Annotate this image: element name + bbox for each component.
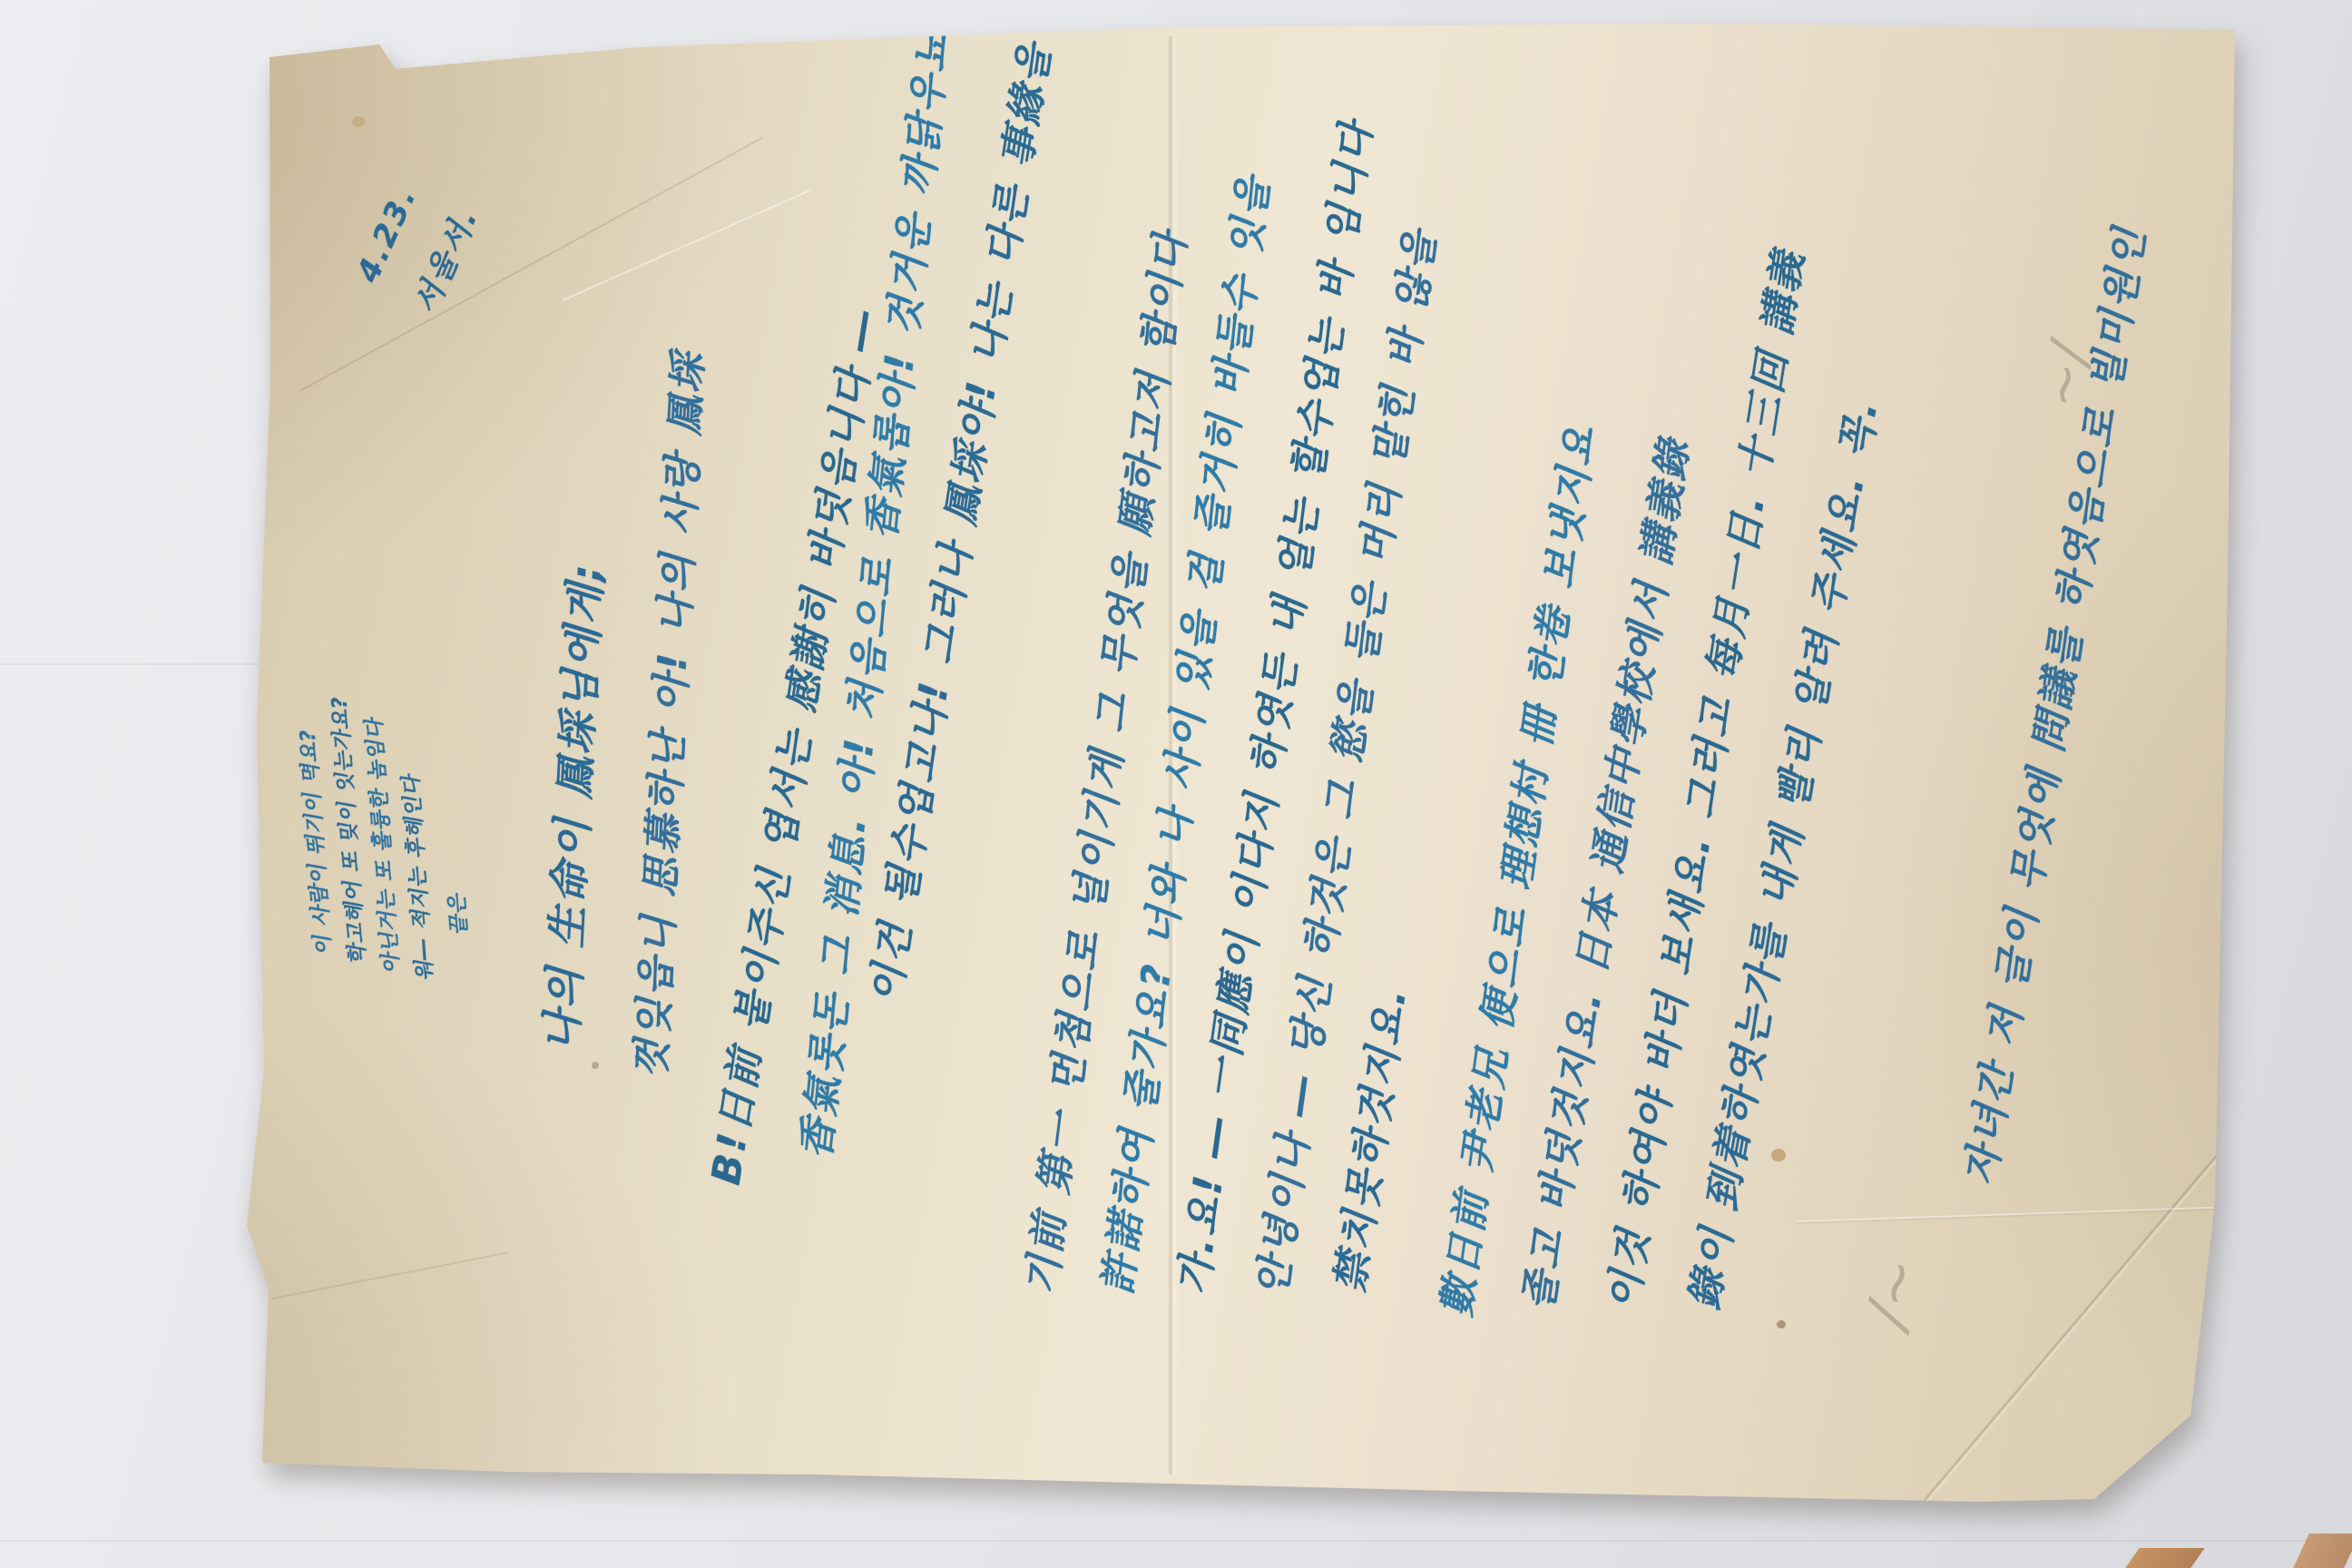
handwriting-line: 禁치못하것지요.: [1324, 983, 1421, 1296]
handwriting-place: 서울서.: [406, 201, 487, 319]
crease-line: [1797, 1207, 2214, 1222]
pencil-scribble: /~: [1855, 1251, 1934, 1334]
letter-paper: 4.23. 서울서. 이 사람이 뛰기이 멱요? 학고헤어 또 밎이 잇는가요?…: [0, 0, 2352, 1568]
crease-line: [1924, 1130, 2239, 1500]
handwriting-line: 껏잊읍니 思慕하난 아! 나의 사랑 鳳埰: [624, 349, 717, 1080]
postscript-line: 끝은: [444, 893, 474, 936]
crease-line: [563, 189, 812, 301]
paper-stain: [352, 116, 365, 127]
photo-of-letter: 4.23. 서울서. 이 사람이 뛰기이 멱요? 학고헤어 또 밎이 잇는가요?…: [0, 0, 2352, 1568]
handwriting-date: 4.23.: [348, 180, 426, 289]
paper-stain: [1777, 1320, 1786, 1328]
paper-stain: [592, 1062, 599, 1069]
pencil-scribble: ~/: [2029, 338, 2102, 413]
paper-stain: [1771, 1149, 1786, 1161]
paper-shadow-wrap: 4.23. 서울서. 이 사람이 뛰기이 멱요? 학고헤어 또 밎이 잇는가요?…: [0, 0, 2352, 1568]
handwriting-line: 나의 生命이 鳳埰님에게;: [534, 561, 613, 1053]
crease-line: [272, 1251, 509, 1299]
